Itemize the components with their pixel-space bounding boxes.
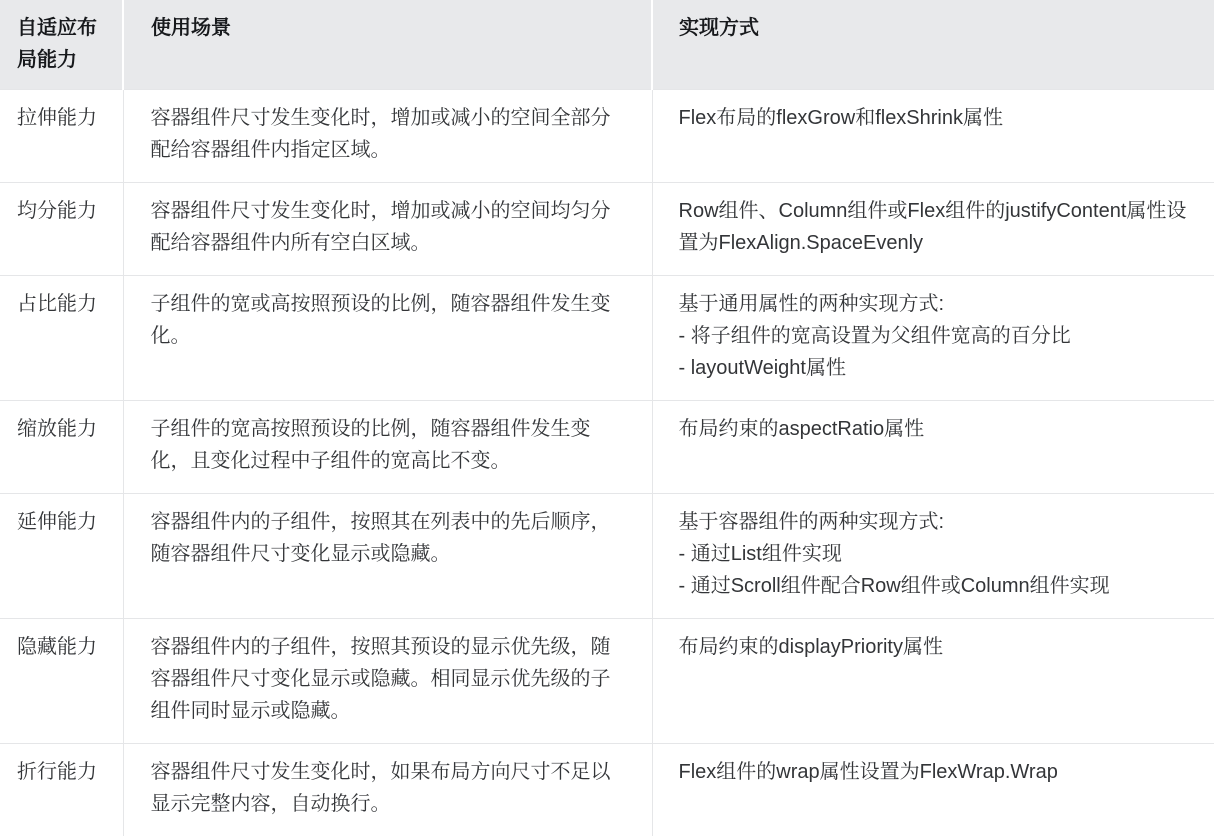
adaptive-layout-capability-table: 自适应布局能力 使用场景 实现方式 拉伸能力容器组件尺寸发生变化时，增加或减小的… <box>0 0 1214 836</box>
cell-scenario: 子组件的宽或高按照预设的比例，随容器组件发生变化。 <box>123 276 652 401</box>
cell-implementation: Row组件、Column组件或Flex组件的justifyContent属性设置… <box>652 183 1214 276</box>
cell-implementation: Flex布局的flexGrow和flexShrink属性 <box>652 90 1214 183</box>
implementation-line: 基于容器组件的两种实现方式: <box>679 506 1195 538</box>
implementation-line: - 通过List组件实现 <box>679 538 1195 570</box>
table-row: 拉伸能力容器组件尺寸发生变化时，增加或减小的空间全部分配给容器组件内指定区域。F… <box>0 90 1214 183</box>
table-body: 拉伸能力容器组件尺寸发生变化时，增加或减小的空间全部分配给容器组件内指定区域。F… <box>0 90 1214 837</box>
cell-capability: 拉伸能力 <box>0 90 123 183</box>
implementation-line: - layoutWeight属性 <box>679 352 1195 384</box>
cell-implementation: Flex组件的wrap属性设置为FlexWrap.Wrap <box>652 744 1214 837</box>
implementation-line: 基于通用属性的两种实现方式: <box>679 288 1195 320</box>
cell-capability: 延伸能力 <box>0 494 123 619</box>
header-implementation: 实现方式 <box>652 0 1214 90</box>
implementation-line: 布局约束的displayPriority属性 <box>679 631 1195 663</box>
cell-implementation: 布局约束的aspectRatio属性 <box>652 401 1214 494</box>
cell-implementation: 基于通用属性的两种实现方式:- 将子组件的宽高设置为父组件宽高的百分比- lay… <box>652 276 1214 401</box>
cell-scenario: 容器组件尺寸发生变化时，增加或减小的空间全部分配给容器组件内指定区域。 <box>123 90 652 183</box>
table-row: 缩放能力子组件的宽高按照预设的比例，随容器组件发生变化，且变化过程中子组件的宽高… <box>0 401 1214 494</box>
cell-scenario: 容器组件尺寸发生变化时，如果布局方向尺寸不足以显示完整内容，自动换行。 <box>123 744 652 837</box>
implementation-line: Flex组件的wrap属性设置为FlexWrap.Wrap <box>679 756 1195 788</box>
table-row: 均分能力容器组件尺寸发生变化时，增加或减小的空间均匀分配给容器组件内所有空白区域… <box>0 183 1214 276</box>
cell-scenario: 容器组件内的子组件，按照其预设的显示优先级，随容器组件尺寸变化显示或隐藏。相同显… <box>123 619 652 744</box>
cell-capability: 折行能力 <box>0 744 123 837</box>
table-row: 隐藏能力容器组件内的子组件，按照其预设的显示优先级，随容器组件尺寸变化显示或隐藏… <box>0 619 1214 744</box>
implementation-line: 布局约束的aspectRatio属性 <box>679 413 1195 445</box>
cell-capability: 缩放能力 <box>0 401 123 494</box>
table-row: 延伸能力容器组件内的子组件，按照其在列表中的先后顺序，随容器组件尺寸变化显示或隐… <box>0 494 1214 619</box>
cell-capability: 占比能力 <box>0 276 123 401</box>
header-scenario: 使用场景 <box>123 0 652 90</box>
cell-implementation: 基于容器组件的两种实现方式:- 通过List组件实现- 通过Scroll组件配合… <box>652 494 1214 619</box>
cell-implementation: 布局约束的displayPriority属性 <box>652 619 1214 744</box>
implementation-line: Row组件、Column组件或Flex组件的justifyContent属性设置… <box>679 195 1195 259</box>
implementation-line: Flex布局的flexGrow和flexShrink属性 <box>679 102 1195 134</box>
table-header-row: 自适应布局能力 使用场景 实现方式 <box>0 0 1214 90</box>
cell-scenario: 容器组件尺寸发生变化时，增加或减小的空间均匀分配给容器组件内所有空白区域。 <box>123 183 652 276</box>
table-row: 占比能力子组件的宽或高按照预设的比例，随容器组件发生变化。基于通用属性的两种实现… <box>0 276 1214 401</box>
cell-scenario: 子组件的宽高按照预设的比例，随容器组件发生变化，且变化过程中子组件的宽高比不变。 <box>123 401 652 494</box>
cell-capability: 均分能力 <box>0 183 123 276</box>
table-row: 折行能力容器组件尺寸发生变化时，如果布局方向尺寸不足以显示完整内容，自动换行。F… <box>0 744 1214 837</box>
implementation-line: - 通过Scroll组件配合Row组件或Column组件实现 <box>679 570 1195 602</box>
cell-capability: 隐藏能力 <box>0 619 123 744</box>
header-capability: 自适应布局能力 <box>0 0 123 90</box>
cell-scenario: 容器组件内的子组件，按照其在列表中的先后顺序，随容器组件尺寸变化显示或隐藏。 <box>123 494 652 619</box>
implementation-line: - 将子组件的宽高设置为父组件宽高的百分比 <box>679 320 1195 352</box>
